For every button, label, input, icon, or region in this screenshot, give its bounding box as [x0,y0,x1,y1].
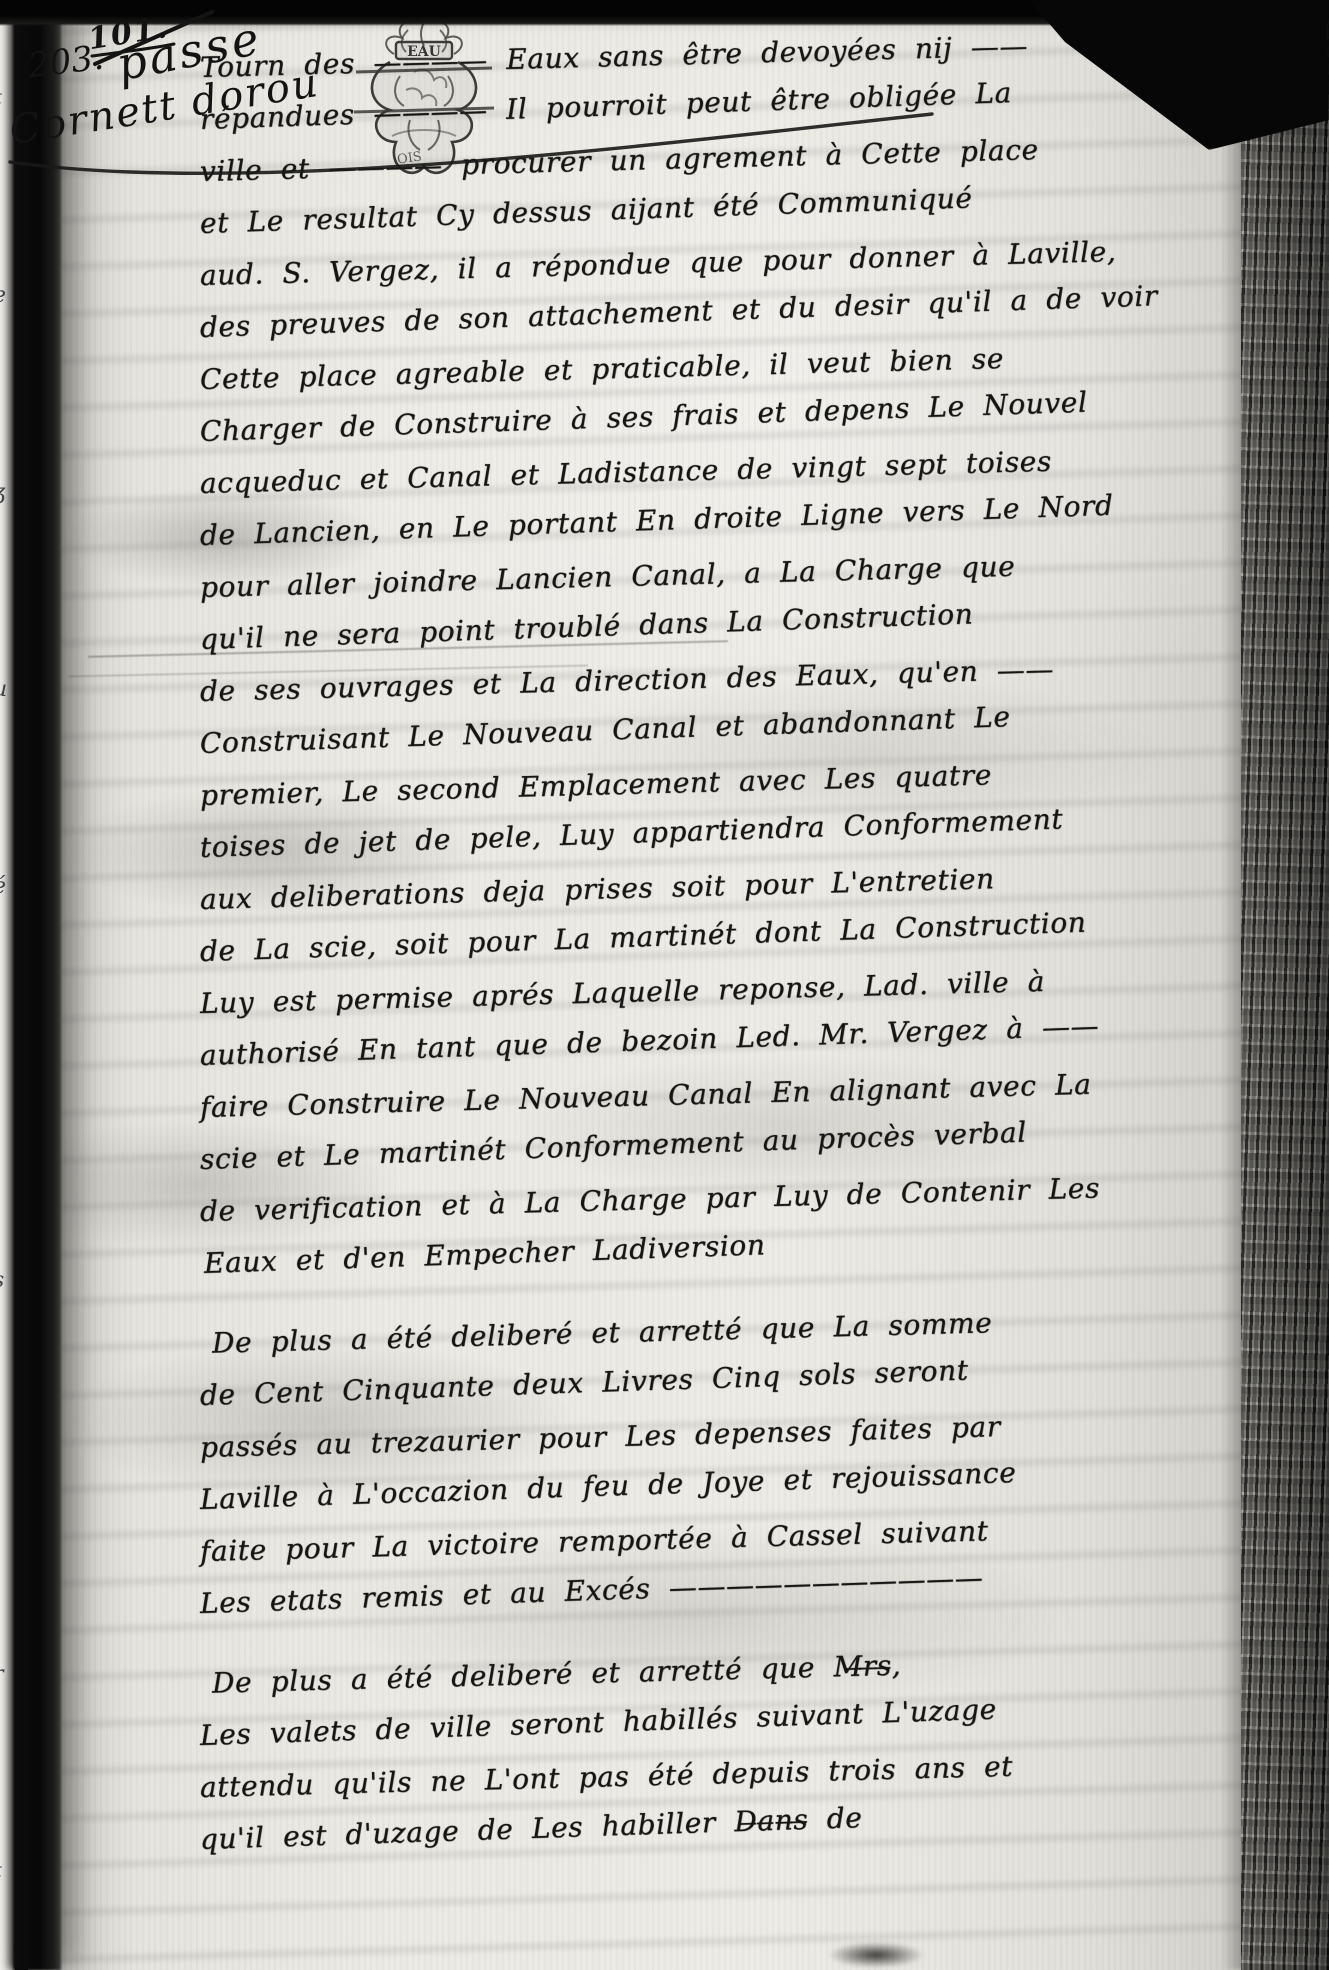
facing-page-ink-fragment: u [0,677,8,702]
facing-page-ink-fragment: l [0,1071,8,1096]
facing-page-ink-fragment: e [0,283,8,308]
facing-page-ink-fragment: t [0,86,8,111]
facing-page-ink-fragment: s [0,1268,8,1293]
book-gutter-shadow [13,0,61,1970]
facing-page-ink-fragment: ʒ [0,480,8,505]
facing-page-ink-fragment: t [0,1859,8,1884]
facing-page-ink-fragment: , [0,1465,8,1490]
stamp-text-top: EAU [407,44,441,60]
book-fore-edge [1241,0,1329,1970]
facing-page-ink-fragment: é [0,874,8,899]
scanned-manuscript-photo: Tourn des ———— Eaux sans être devoyées n… [0,0,1329,1970]
handwritten-text-block: Tourn des ———— Eaux sans être devoyées n… [200,42,1249,1866]
ink-smudge [828,1942,924,1968]
fiscal-stamp-icon: EAU OIS [348,16,500,184]
facing-page-ink-fragment: r [0,1662,8,1687]
